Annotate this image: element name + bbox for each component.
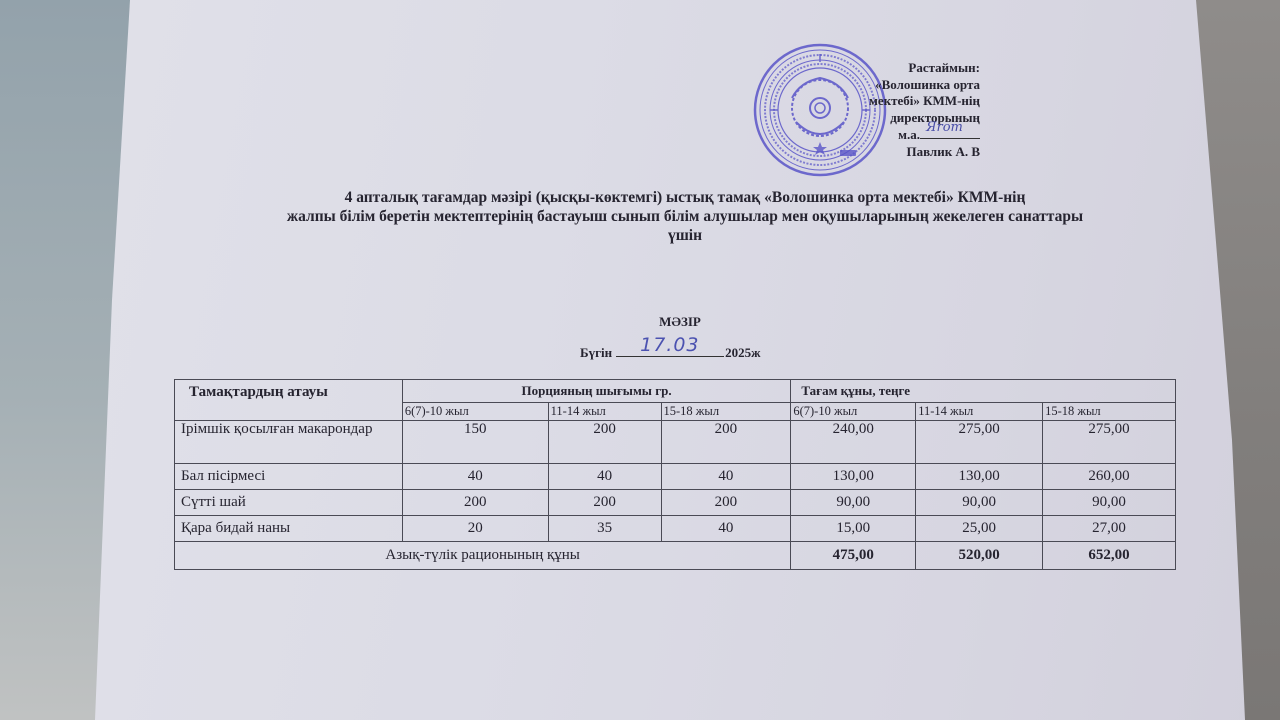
portion-cell: 150: [402, 421, 548, 464]
age-group-header: 11-14 жыл: [916, 403, 1043, 421]
title-line-3: үшін: [200, 226, 1170, 245]
date-line: 17.03: [616, 343, 724, 357]
total-cell: 520,00: [916, 542, 1043, 570]
dish-name: Бал пісірмесі: [175, 464, 403, 490]
portion-cell: 40: [548, 464, 661, 490]
portion-cell: 200: [661, 490, 791, 516]
price-cell: 15,00: [791, 516, 916, 542]
price-cell: 130,00: [791, 464, 916, 490]
portion-cell: 40: [661, 464, 791, 490]
signature-line: Яrom: [920, 126, 980, 139]
age-group-header: 6(7)-10 жыл: [402, 403, 548, 421]
price-cell: 240,00: [791, 421, 916, 464]
document-page: Растаймын: «Волошинка орта мектебі» КММ-…: [0, 0, 1280, 720]
menu-table: Тамақтардың атауы Порцияның шығымы гр. Т…: [174, 379, 1176, 570]
portion-header: Порцияның шығымы гр.: [402, 380, 791, 403]
price-cell: 260,00: [1043, 464, 1176, 490]
document-title: 4 апталық тағамдар мәзірі (қысқы-көктемг…: [200, 188, 1170, 245]
price-cell: 27,00: [1043, 516, 1176, 542]
price-header: Тағам құны, теңге: [791, 380, 1176, 403]
title-line-1: 4 апталық тағамдар мәзірі (қысқы-көктемг…: [200, 188, 1170, 207]
price-cell: 90,00: [791, 490, 916, 516]
age-group-header: 15-18 жыл: [1043, 403, 1176, 421]
price-cell: 90,00: [1043, 490, 1176, 516]
director-name: Павлик А. В: [840, 144, 980, 161]
price-cell: 90,00: [916, 490, 1043, 516]
portion-cell: 200: [402, 490, 548, 516]
portion-cell: 40: [661, 516, 791, 542]
table-row: Қара бидай наны 20 35 40 15,00 25,00 27,…: [175, 516, 1176, 542]
approval-line: мектебі» КММ-нің: [840, 93, 980, 110]
total-label: Азық-түлік рационының құны: [175, 542, 791, 570]
portion-cell: 200: [548, 490, 661, 516]
approval-line: Растаймын:: [840, 60, 980, 77]
dish-name: Қара бидай наны: [175, 516, 403, 542]
menu-heading: МӘЗІР: [560, 314, 800, 330]
price-cell: 130,00: [916, 464, 1043, 490]
total-row: Азық-түлік рационының құны 475,00 520,00…: [175, 542, 1176, 570]
total-cell: 475,00: [791, 542, 916, 570]
signature-row: м.а.Яrom: [840, 126, 980, 144]
date-row: Бүгін17.032025ж: [580, 343, 761, 361]
approval-line: «Волошинка орта: [840, 77, 980, 94]
date-year: 2025ж: [725, 345, 760, 360]
dish-name: Ірімшік қосылған макарондар: [175, 421, 403, 464]
table-row: Бал пісірмесі 40 40 40 130,00 130,00 260…: [175, 464, 1176, 490]
title-line-2: жалпы білім беретін мектептерінің бастау…: [200, 207, 1170, 226]
portion-cell: 40: [402, 464, 548, 490]
age-group-header: 6(7)-10 жыл: [791, 403, 916, 421]
dish-name: Сүтті шай: [175, 490, 403, 516]
price-cell: 275,00: [1043, 421, 1176, 464]
age-group-header: 11-14 жыл: [548, 403, 661, 421]
price-cell: 275,00: [916, 421, 1043, 464]
handwritten-signature: Яrom: [926, 120, 963, 137]
portion-cell: 200: [548, 421, 661, 464]
ma-label: м.а.: [898, 127, 920, 142]
total-cell: 652,00: [1043, 542, 1176, 570]
price-cell: 25,00: [916, 516, 1043, 542]
approval-block: Растаймын: «Волошинка орта мектебі» КММ-…: [840, 60, 980, 160]
table-row: Сүтті шай 200 200 200 90,00 90,00 90,00: [175, 490, 1176, 516]
table-row: Ірімшік қосылған макарондар 150 200 200 …: [175, 421, 1176, 464]
age-group-header: 15-18 жыл: [661, 403, 791, 421]
portion-cell: 200: [661, 421, 791, 464]
dish-name-header: Тамақтардың атауы: [175, 380, 403, 421]
portion-cell: 35: [548, 516, 661, 542]
portion-cell: 20: [402, 516, 548, 542]
handwritten-date: 17.03: [640, 334, 699, 356]
date-label: Бүгін: [580, 345, 612, 360]
